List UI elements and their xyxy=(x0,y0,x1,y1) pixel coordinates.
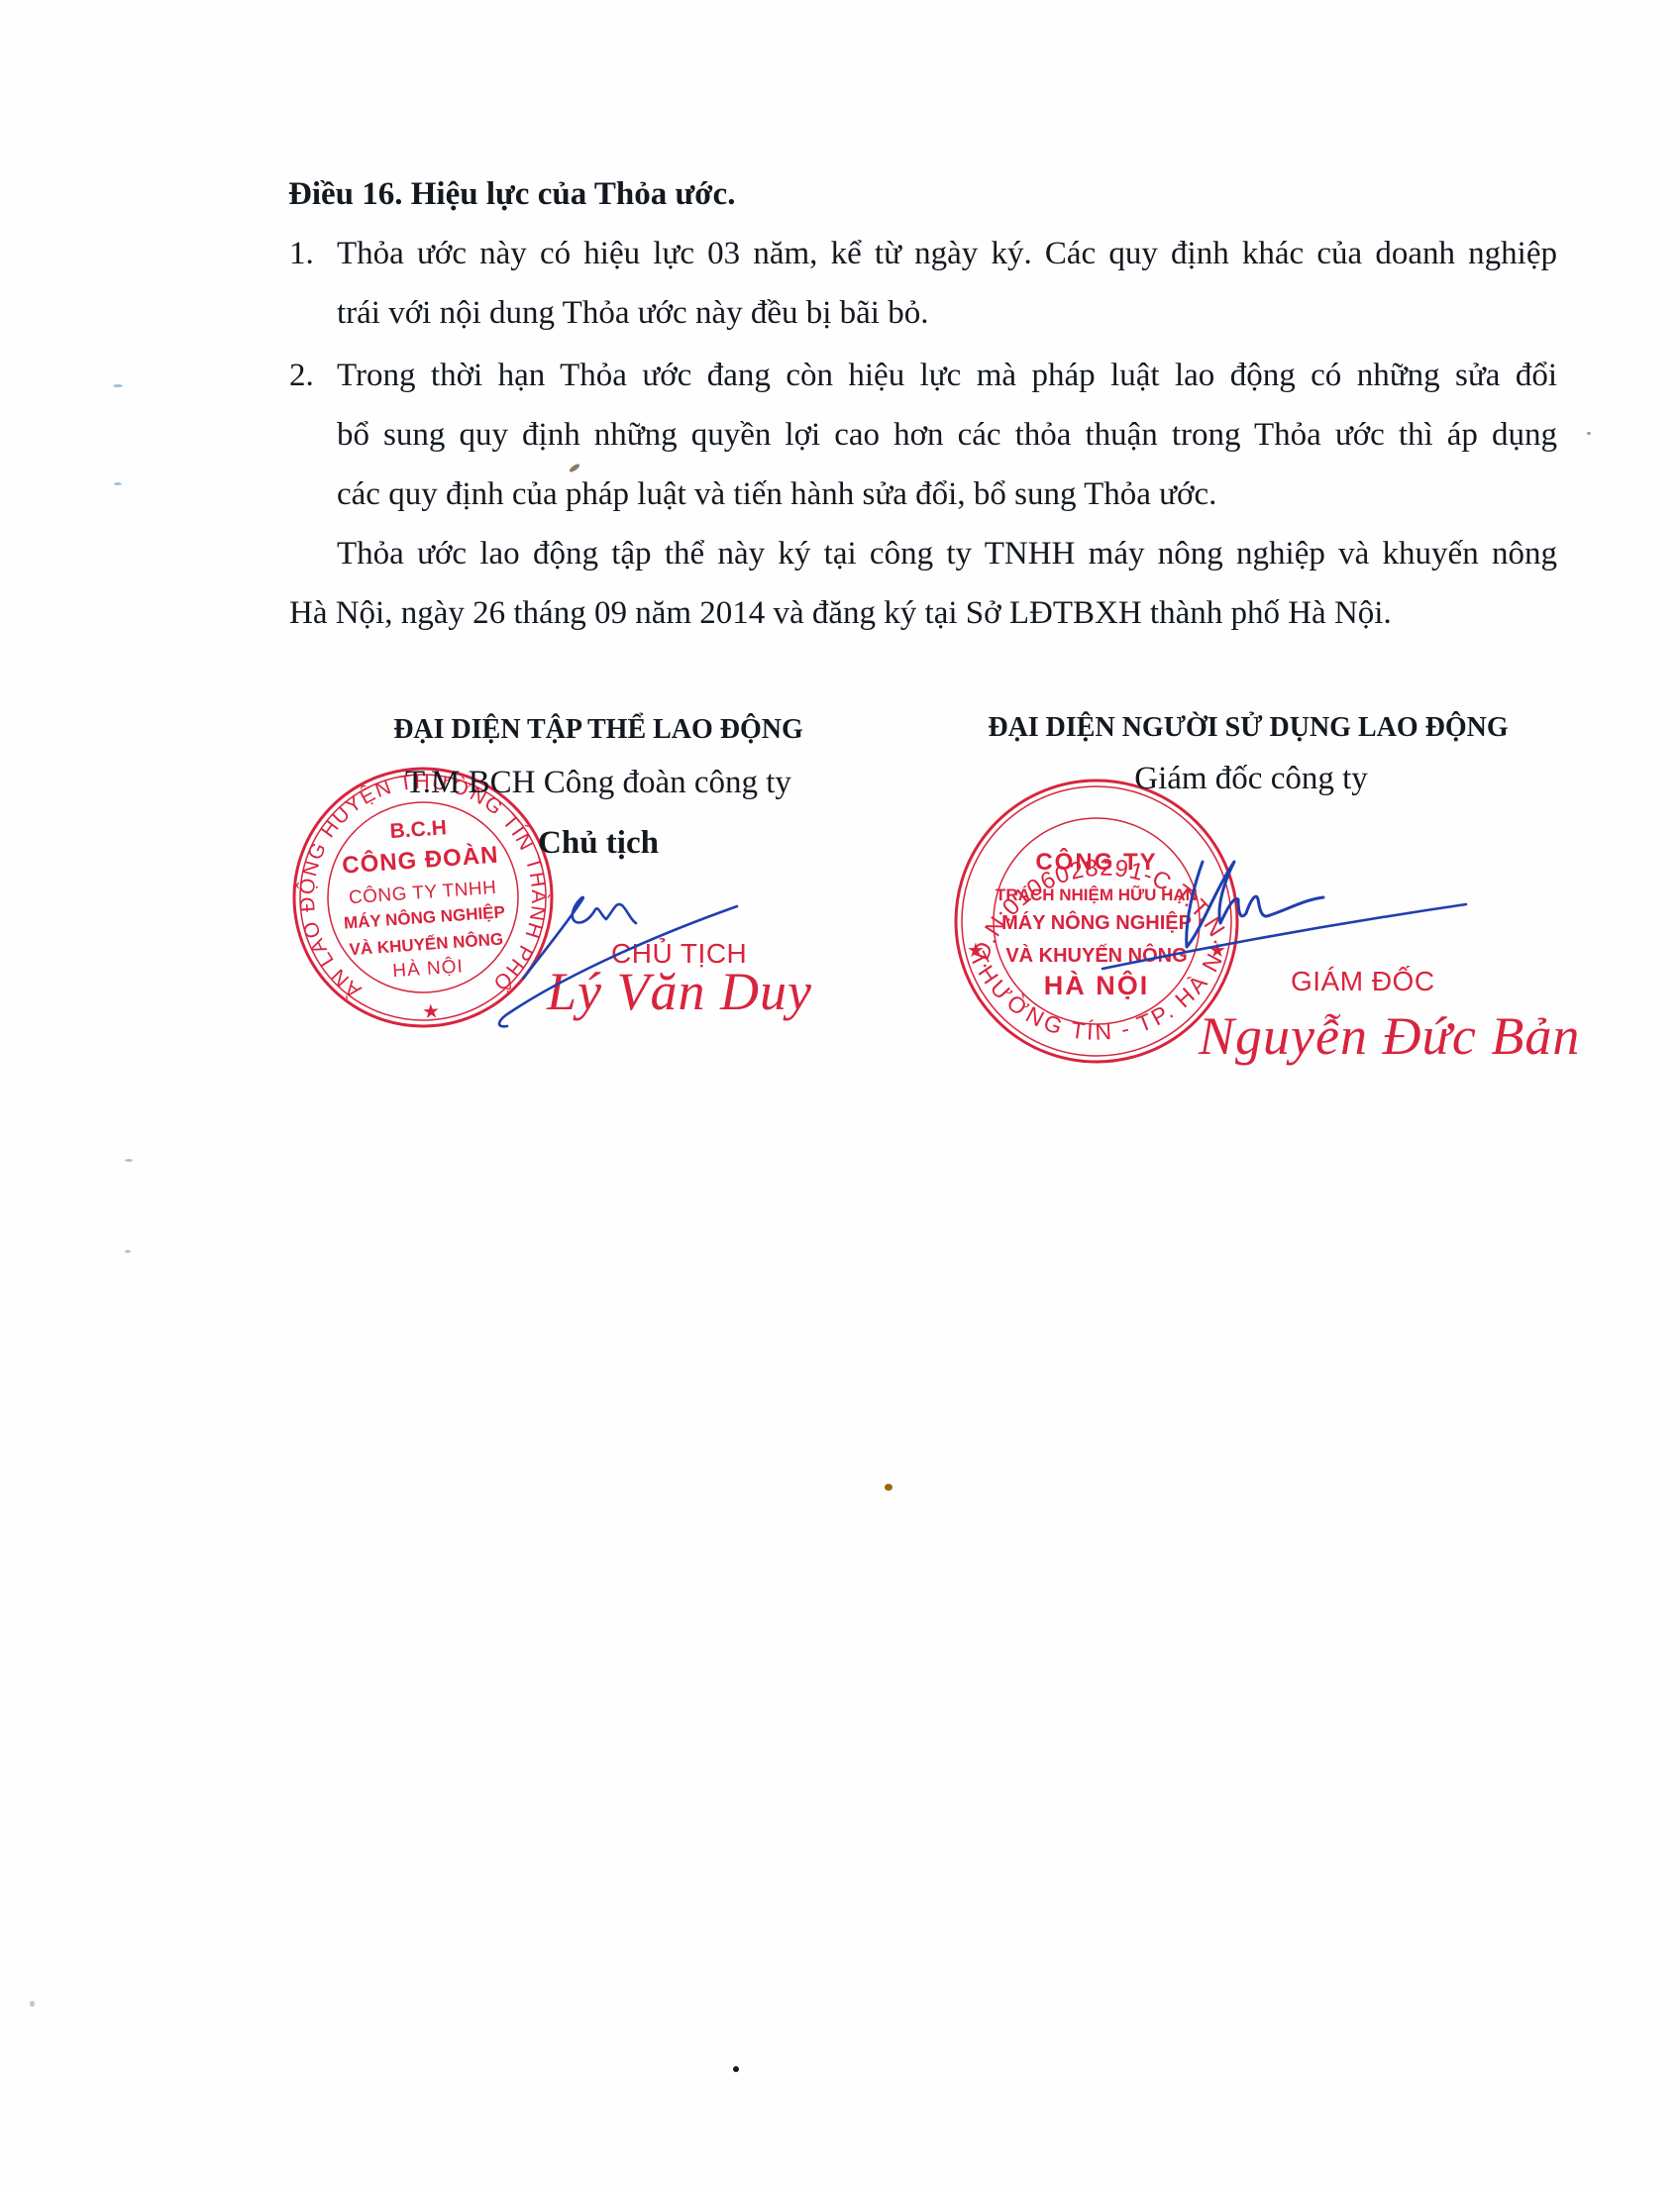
company-stamped-name: Nguyễn Đức Bản xyxy=(1199,1006,1580,1066)
employer-representative-title: ĐẠI DIỆN NGƯỜI SỬ DỤNG LAO ĐỘNG xyxy=(951,708,1545,748)
star-icon: ★ xyxy=(421,998,441,1023)
scan-speck xyxy=(113,384,123,387)
company-stamp-line: VÀ KHUYẾN NÔNG xyxy=(1005,943,1187,967)
item-2-line-3: các quy định của pháp luật và tiến hành … xyxy=(337,465,1216,524)
company-stamp-line: HÀ NỘI xyxy=(1044,970,1150,1000)
scan-speck xyxy=(1587,432,1591,435)
item-number: 1. xyxy=(289,224,314,283)
closing-line-1: Thỏa ước lao động tập thể này ký tại côn… xyxy=(337,524,1557,583)
item-1-line-2: trái với nội dung Thỏa ước này đều bị bã… xyxy=(337,283,928,343)
item-number: 2. xyxy=(289,346,314,405)
union-stamp-line: CÔNG TY TNHH xyxy=(348,877,497,908)
company-stamp-line: TRÁCH NHIỆM HỮU HẠN xyxy=(996,885,1198,904)
scan-speck xyxy=(885,1484,892,1491)
labor-representative-role: Chủ tịch xyxy=(450,821,747,865)
item-2-line-1: Trong thời hạn Thỏa ước đang còn hiệu lự… xyxy=(337,346,1557,405)
labor-representative-subtitle: T.M BCH Công đoàn công ty xyxy=(351,761,846,804)
union-stamp-line: B.C.H xyxy=(389,816,448,843)
union-stamp-line: HÀ NỘI xyxy=(392,955,465,982)
labor-representative-title: ĐẠI DIỆN TẬP THỂ LAO ĐỘNG xyxy=(351,710,846,750)
company-stamp-line: MÁY NÔNG NGHIỆP xyxy=(1001,910,1192,934)
item-2-line-2: bổ sung quy định những quyền lợi cao hơn… xyxy=(337,405,1557,465)
scan-speck xyxy=(114,482,122,485)
document-page: Điều 16. Hiệu lực của Thỏa ước. 1. Thỏa … xyxy=(0,0,1680,2189)
scan-speck xyxy=(733,2066,739,2072)
scan-speck xyxy=(125,1250,131,1253)
item-1-line-1: Thỏa ước này có hiệu lực 03 năm, kể từ n… xyxy=(337,224,1557,283)
scan-speck xyxy=(30,2001,35,2007)
scan-speck xyxy=(125,1159,133,1162)
article-heading: Điều 16. Hiệu lực của Thỏa ước. xyxy=(288,164,735,224)
union-stamp-line: VÀ KHUYẾN NÔNG xyxy=(349,929,504,959)
star-icon: ★ xyxy=(1208,938,1226,962)
closing-line-2: Hà Nội, ngày 26 tháng 09 năm 2014 và đăn… xyxy=(289,583,1392,643)
company-stamped-role: GIÁM ĐỐC xyxy=(1291,965,1435,998)
company-stamp-line: CÔNG TY xyxy=(1035,848,1157,876)
star-icon: ★ xyxy=(967,938,985,962)
union-stamped-name: Lý Văn Duy xyxy=(547,962,812,1021)
employer-representative-subtitle: Giám đốc công ty xyxy=(1100,757,1403,800)
